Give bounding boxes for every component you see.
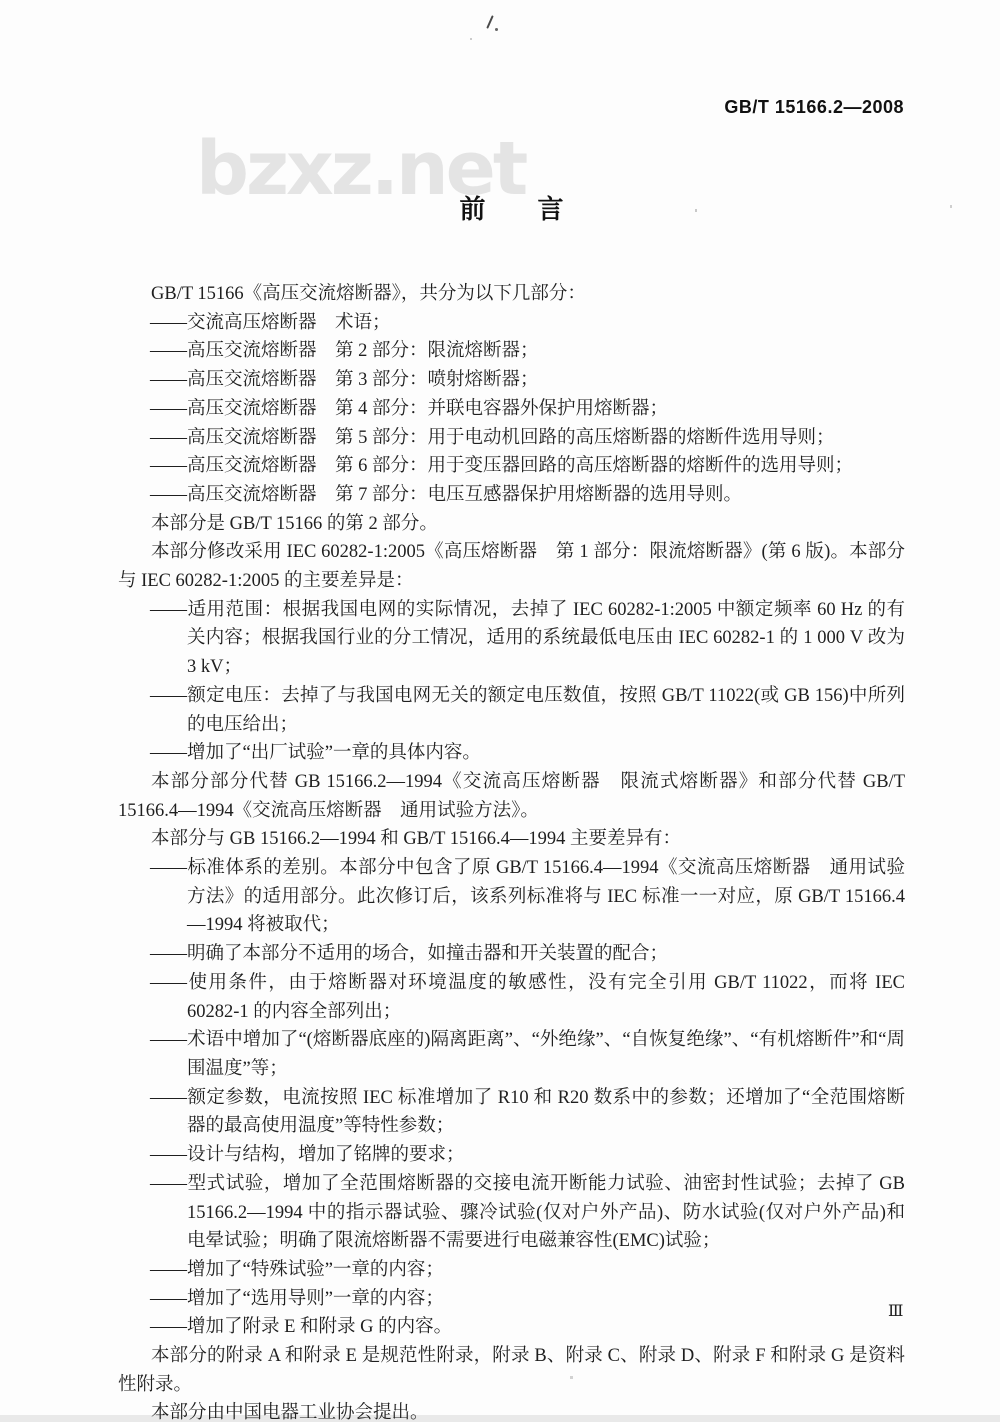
list-item: ——高压交流熔断器 第 5 部分：用于电动机回路的高压熔断器的熔断件选用导则； (150, 424, 905, 453)
foreword-body: GB/T 15166《高压交流熔断器》，共分为以下几部分： ——交流高压熔断器 … (118, 280, 905, 1422)
paragraph: 本部分由中国电器工业协会提出。 (118, 1399, 905, 1422)
list-item: ——适用范围：根据我国电网的实际情况，去掉了 IEC 60282-1:2005 … (150, 596, 905, 682)
list-item: ——明确了本部分不适用的场合，如撞击器和开关装置的配合； (150, 940, 905, 969)
paragraph: GB/T 15166《高压交流熔断器》，共分为以下几部分： (118, 280, 905, 309)
list-item: ——型式试验，增加了全范围熔断器的交接电流开断能力试验、油密封性试验；去掉了 G… (150, 1170, 905, 1256)
list-item: ——高压交流熔断器 第 7 部分：电压互感器保护用熔断器的选用导则。 (150, 481, 905, 510)
list-item: ——增加了“选用导则”一章的内容； (150, 1285, 905, 1314)
paragraph: 本部分的附录 A 和附录 E 是规范性附录，附录 B、附录 C、附录 D、附录 … (118, 1342, 905, 1399)
list-item: ——使用条件，由于熔断器对环境温度的敏感性，没有完全引用 GB/T 11022，… (150, 969, 905, 1026)
page-title: 前 言 (118, 189, 905, 226)
list-item: ——术语中增加了“(熔断器底座的)隔离距离”、“外绝缘”、“自恢复绝缘”、“有机… (150, 1026, 905, 1083)
page-number: Ⅲ (888, 1301, 903, 1321)
list-item: ——高压交流熔断器 第 3 部分：喷射熔断器； (150, 366, 905, 395)
scan-artifact-stroke (486, 15, 494, 29)
scan-artifact-dot (950, 205, 952, 208)
list-item: ——高压交流熔断器 第 4 部分：并联电容器外保护用熔断器； (150, 395, 905, 424)
scan-artifact-dot (495, 28, 498, 31)
list-item: ——增加了附录 E 和附录 G 的内容。 (150, 1313, 905, 1342)
list-item: ——高压交流熔断器 第 2 部分：限流熔断器； (150, 337, 905, 366)
document-page: bzxz.net GB/T 15166.2—2008 前 言 GB/T 1516… (0, 0, 1000, 1422)
list-item: ——额定参数，电流按照 IEC 标准增加了 R10 和 R20 数系中的参数；还… (150, 1084, 905, 1141)
scan-artifact-dot (470, 38, 472, 40)
list-item: ——高压交流熔断器 第 6 部分：用于变压器回路的高压熔断器的熔断件的选用导则； (150, 452, 905, 481)
list-item: ——额定电压：去掉了与我国电网无关的额定电压数值，按照 GB/T 11022(或… (150, 682, 905, 739)
list-item: ——增加了“出厂试验”一章的具体内容。 (150, 739, 905, 768)
list-item: ——增加了“特殊试验”一章的内容； (150, 1256, 905, 1285)
paragraph: 本部分与 GB 15166.2—1994 和 GB/T 15166.4—1994… (118, 825, 905, 854)
paragraph: 本部分是 GB/T 15166 的第 2 部分。 (118, 510, 905, 539)
standard-code-header: GB/T 15166.2—2008 (724, 97, 904, 118)
list-item: ——交流高压熔断器 术语； (150, 309, 905, 338)
list-item: ——设计与结构，增加了铭牌的要求； (150, 1141, 905, 1170)
paragraph: 本部分修改采用 IEC 60282-1:2005《高压熔断器 第 1 部分：限流… (118, 538, 905, 595)
list-item: ——标准体系的差别。本部分中包含了原 GB/T 15166.4—1994《交流高… (150, 854, 905, 940)
paragraph: 本部分部分代替 GB 15166.2—1994《交流高压熔断器 限流式熔断器》和… (118, 768, 905, 825)
